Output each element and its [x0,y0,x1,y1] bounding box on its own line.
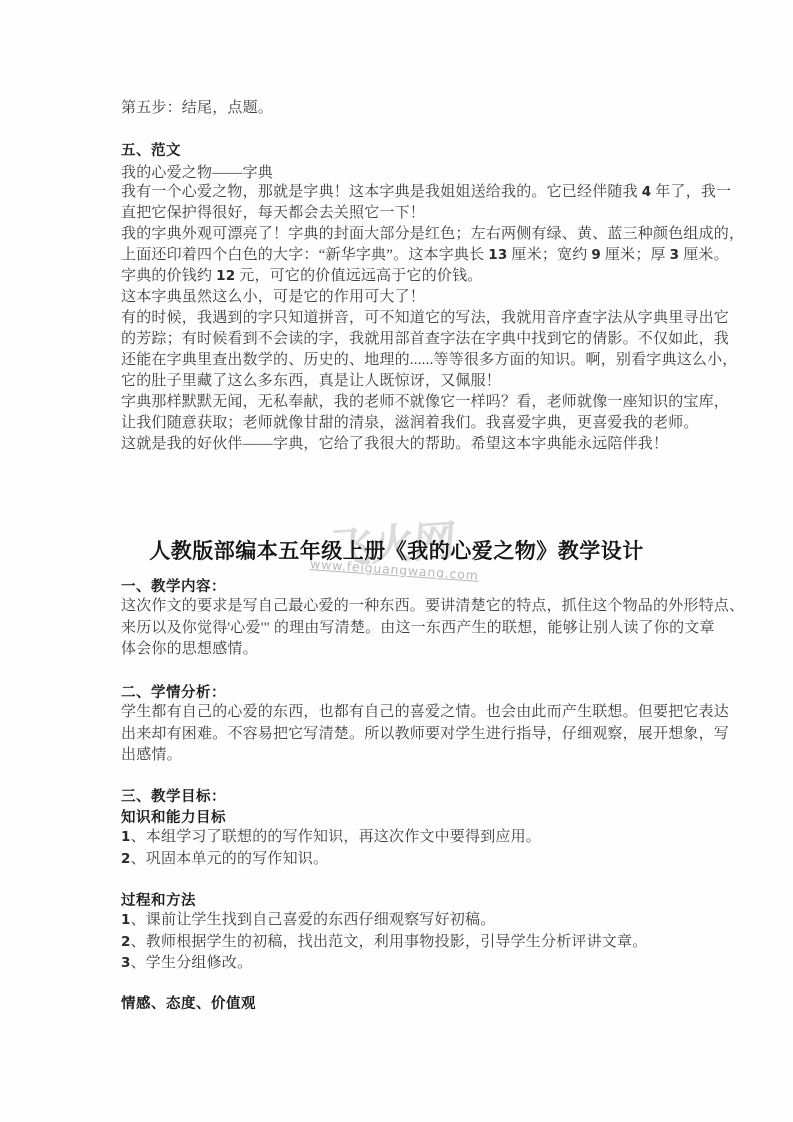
section-heading-teaching-goals: 三、教学目标： [121,785,681,806]
subheading-knowledge-ability-goals: 知识和能力目标 [121,806,681,827]
body-line: 出来却有困难。不容易把它写清楚。所以教师要对学生进行指导，仔细观察，展开想象，写 [121,724,681,746]
section-body-learner-analysis: 学生都有自己的心爱的东西，也都有自己的喜爱之情。也会由此而产生联想。但要把它表达… [121,702,681,767]
section-heading-teaching-content: 一、教学内容： [121,575,681,596]
document-page: 第五步：结尾，点题。 五、范文 我的心爱之物——字典 我有一个心爱之物，那就是字… [0,0,793,1122]
inline-number: 3 [121,955,131,971]
numbered-line: 2、教师根据学生的初稿，找出范文，利用事物投影，引导学生分析评讲文章。 [121,932,681,954]
essay-paragraph: 我有一个心爱之物，那就是字典！这本字典是我姐姐送给我的。它已经伴随我 4 年了，… [121,182,681,455]
essay-line: 这本字典虽然这么小，可是它的作用可大了！ [121,287,681,308]
section-body-process-methods: 1、课前让学生找到自己喜爱的东西仔细观察写好初稿。2、教师根据学生的初稿，找出范… [121,910,681,975]
inline-number: 9 [591,247,601,263]
section-heading-learner-analysis: 二、学情分析： [121,681,681,702]
inline-number: 3 [670,247,680,263]
numbered-line: 1、本组学习了联想的的写作知识，再这次作文中要得到应用。 [121,827,681,849]
essay-title-line: 我的心爱之物——字典 [121,161,681,182]
section-body-teaching-content: 这次作文的要求是写自己最心爱的一种东西。要讲清楚它的特点，抓住这个物品的外形特点… [121,596,681,661]
body-line: 体会你的思想感情。 [121,639,681,661]
essay-line: 字典那样默默无闻，无私奉献，我的老师不就像它一样吗？看，老师就像一座知识的宝库， [121,392,681,413]
essay-line: 我的字典外观可漂亮了！字典的封面大部分是红色；左右两侧有绿、黄、蓝三种颜色组成的… [121,224,681,245]
essay-line: 我有一个心爱之物，那就是字典！这本字典是我姐姐送给我的。它已经伴随我 4 年了，… [121,182,681,203]
inline-number: 1 [121,912,131,928]
essay-line: 的芳踪；有时候看到不会读的字，我就用部首查字法在字典中找到它的倩影。不仅如此，我 [121,329,681,350]
section-heading-process-methods: 过程和方法 [121,889,681,910]
step-summary-line: 第五步：结尾，点题。 [121,96,681,117]
numbered-line: 2、巩固本单元的的写作知识。 [121,849,681,871]
inline-number: 1 [121,829,131,845]
essay-section-heading: 五、范文 [121,139,681,160]
body-line: 学生都有自己的心爱的东西，也都有自己的喜爱之情。也会由此而产生联想。但要把它表达 [121,702,681,724]
inline-number: 12 [216,268,235,284]
numbered-line: 1、课前让学生找到自己喜爱的东西仔细观察写好初稿。 [121,910,681,932]
essay-line: 它的肚子里藏了这么多东西，真是让人既惊讶，又佩服！ [121,371,681,392]
essay-line: 直把它保护得很好，每天都会去关照它一下！ [121,203,681,224]
lesson-plan-title: 人教版部编本五年级上册《我的心爱之物》教学设计 [0,535,793,565]
numbered-line: 3、学生分组修改。 [121,953,681,975]
inline-number: 2 [121,934,131,950]
essay-line: 这就是我的好伙伴——字典，它给了我很大的帮助。希望这本字典能永远陪伴我！ [121,434,681,455]
inline-number: 4 [642,184,652,200]
essay-line: 字典的价钱约 12 元，可它的价值远远高于它的价钱。 [121,266,681,287]
section-body-teaching-goals: 1、本组学习了联想的的写作知识，再这次作文中要得到应用。2、巩固本单元的的写作知… [121,827,681,870]
essay-line: 上面还印着四个白色的大字：“新华字典”。这本字典长 13 厘米；宽约 9 厘米；… [121,245,681,266]
essay-line: 让我们随意获取；老师就像甘甜的清泉，滋润着我们。我喜爱字典，更喜爱我的老师。 [121,413,681,434]
essay-line: 有的时候，我遇到的字只知道拼音，可不知道它的写法，我就用音序查字法从字典里寻出它 [121,308,681,329]
body-line: 出感情。 [121,745,681,767]
inline-number: 13 [488,247,507,263]
inline-number: 2 [121,851,131,867]
body-line: 来历以及你觉得'心爱'" 的理由写清楚。由这一东西产生的联想，能够让别人读了你的… [121,618,681,640]
essay-line: 还能在字典里查出数学的、历史的、地理的......等等很多方面的知识。啊，别看字… [121,350,681,371]
section-heading-emotion-attitude-values: 情感、态度、价值观 [121,992,681,1013]
body-line: 这次作文的要求是写自己最心爱的一种东西。要讲清楚它的特点，抓住这个物品的外形特点… [121,596,681,618]
